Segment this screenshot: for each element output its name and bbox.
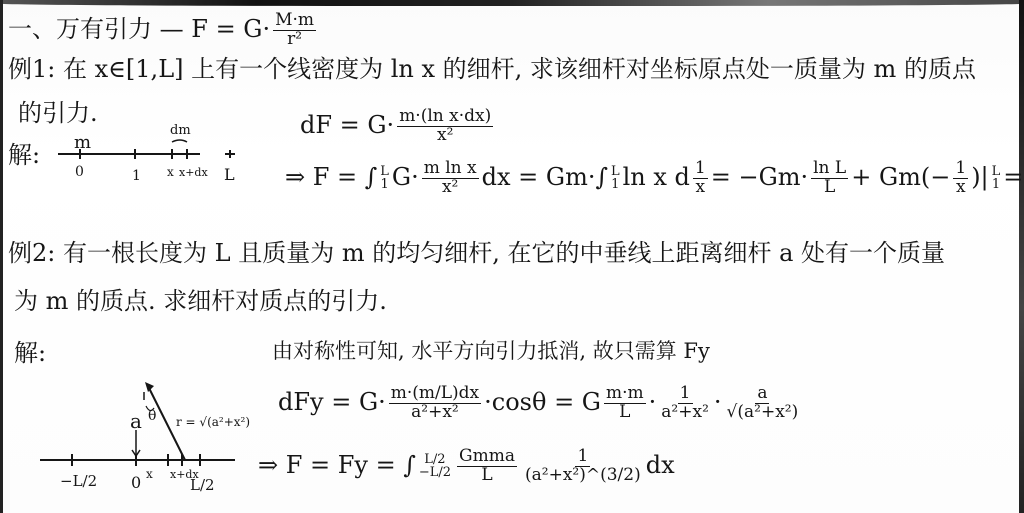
f4-den: √(a²+x²) xyxy=(725,404,801,422)
gravitation-formula: F = G·M·mr² xyxy=(191,15,319,43)
example1-rod-diagram: m dm 0 1 x x+dx L xyxy=(55,118,255,188)
result-prefix: ⇒ F = ∫ xyxy=(285,163,377,191)
integral-limits: L1 xyxy=(380,165,389,192)
dx-den: x xyxy=(694,179,708,197)
term2-fraction: 1x xyxy=(953,160,968,197)
formula-fraction: M·mr² xyxy=(273,12,316,49)
notebook-page: 一、万有引力 — F = G·M·mr² 例1: 在 x∈[1,L] 上有一个线… xyxy=(0,0,1024,513)
dFy-lhs: dFy = G· xyxy=(278,388,386,416)
int2-lower: 1 xyxy=(611,178,619,192)
r2f1-den: L xyxy=(479,467,494,485)
tick-x: x xyxy=(146,467,153,481)
element-label: dm xyxy=(170,123,191,138)
dF-lhs: dF = G· xyxy=(300,111,394,139)
f2-den: L xyxy=(617,404,632,422)
integral-limits-2: L/2−L/2 xyxy=(419,453,451,480)
eq4: = Gm·(1 − xyxy=(1003,163,1024,191)
mass-label: m xyxy=(74,132,91,153)
f3-fraction: 1a²+x² xyxy=(659,385,711,422)
tick-x: x xyxy=(167,165,174,179)
eq3: + Gm(− xyxy=(851,163,950,191)
result2-f2: 1(a²+x²)^(3/2) xyxy=(523,448,643,485)
example1-label: 例1: xyxy=(8,55,55,83)
example1-dF-equation: dF = G·m·(ln x·dx)x² xyxy=(300,108,496,145)
example2-result-equation: ⇒ F = Fy = ∫L/2−L/2GmmaL1(a²+x²)^(3/2)dx xyxy=(258,448,675,485)
formula-den: r² xyxy=(285,31,304,49)
tick-half-L: L/2 xyxy=(190,476,215,494)
eval-upper: L xyxy=(992,165,1001,179)
lower-limit-2: −L/2 xyxy=(419,466,451,480)
result-mid2: ln x d xyxy=(623,163,690,191)
distance-a-label: a xyxy=(130,409,142,433)
r-label: r = √(a²+x²) xyxy=(176,415,250,429)
example2-problem-line2: 为 m 的质点. 求细杆对质点的引力. xyxy=(14,288,387,314)
integrand-den: x² xyxy=(440,179,460,197)
tick-1: 1 xyxy=(132,168,141,184)
example1-problem: 例1: 在 x∈[1,L] 上有一个线密度为 ln x 的细杆, 求该细杆对坐标… xyxy=(8,56,976,82)
example2-label: 例2: xyxy=(8,239,55,267)
theta-label: θ xyxy=(148,408,156,424)
tick-neg-half-L: −L/2 xyxy=(60,472,97,490)
upper-limit: L xyxy=(380,165,389,179)
f3-den: a²+x² xyxy=(659,404,711,422)
tick-origin: 0 xyxy=(131,473,141,492)
eq2: = −Gm· xyxy=(711,163,808,191)
example1-solution-label: 解: xyxy=(8,142,40,168)
result2-prefix: ⇒ F = Fy = ∫ xyxy=(258,451,416,479)
tick-0: 0 xyxy=(75,164,84,180)
eval-lower: 1 xyxy=(992,178,1000,192)
eval-limits: L1 xyxy=(992,165,1001,192)
dF-fraction: m·(ln x·dx)x² xyxy=(397,108,493,145)
dF-den: x² xyxy=(435,127,455,145)
term1-fraction: ln LL xyxy=(811,160,848,197)
int2-upper: L xyxy=(611,165,620,179)
eval-bar: )| xyxy=(971,163,988,191)
g-const: G· xyxy=(392,163,419,191)
integral2-limits: L1 xyxy=(611,165,620,192)
t2-den: x xyxy=(954,179,968,197)
example1-result-equation: ⇒ F = ∫L1G·m ln xx²dx = Gm·∫L1ln x d1x= … xyxy=(285,160,1024,197)
page-edge-right xyxy=(1019,0,1024,513)
page-edge-shadow xyxy=(0,0,1024,6)
example2-problem-line1: 有一根长度为 L 且质量为 m 的均匀细杆, 在它的中垂线上距离细杆 a 处有一… xyxy=(63,239,945,267)
result2-dx: dx xyxy=(646,451,675,479)
example2-rod-diagram: a θ r = √(a²+x²) −L/2 0 x x+dx L/2 xyxy=(30,378,260,508)
f2-fraction: m·mL xyxy=(604,385,646,422)
dFy-den: a²+x² xyxy=(409,404,461,422)
section-heading: 一、万有引力 — F = G·M·mr² xyxy=(8,12,319,49)
d-one-over-x: 1x xyxy=(693,160,708,197)
result-mid: dx = Gm·∫ xyxy=(482,163,608,191)
integrand-fraction: m ln xx² xyxy=(422,160,479,197)
t1-den: L xyxy=(822,179,837,197)
section-title: 一、万有引力 — xyxy=(8,15,184,43)
example2-solution-label: 解: xyxy=(14,340,46,366)
f4-fraction: a√(a²+x²) xyxy=(725,385,801,422)
tick-L: L xyxy=(224,165,235,184)
cos-theta: ·cosθ = G xyxy=(484,388,601,416)
page-edge-left xyxy=(0,0,3,513)
example2-reasoning: 由对称性可知, 水平方向引力抵消, 故只需算 Fy xyxy=(272,340,710,363)
example2-problem: 例2: 有一根长度为 L 且质量为 m 的均匀细杆, 在它的中垂线上距离细杆 a… xyxy=(8,240,945,266)
r2f2-den: (a²+x²)^(3/2) xyxy=(523,467,643,485)
formula-lhs: F = G· xyxy=(191,15,270,43)
dFy-fraction: m·(m/L)dxa²+x² xyxy=(389,385,481,422)
lower-limit: 1 xyxy=(380,178,388,192)
tick-x-dx: x+dx xyxy=(179,166,208,179)
example2-dFy-equation: dFy = G·m·(m/L)dxa²+x²·cosθ = Gm·mL·1a²+… xyxy=(278,385,803,422)
example1-problem-line1: 在 x∈[1,L] 上有一个线密度为 ln x 的细杆, 求该细杆对坐标原点处一… xyxy=(63,55,976,83)
upper-limit-2: L/2 xyxy=(424,453,445,467)
result2-f1: GmmaL xyxy=(457,448,517,485)
